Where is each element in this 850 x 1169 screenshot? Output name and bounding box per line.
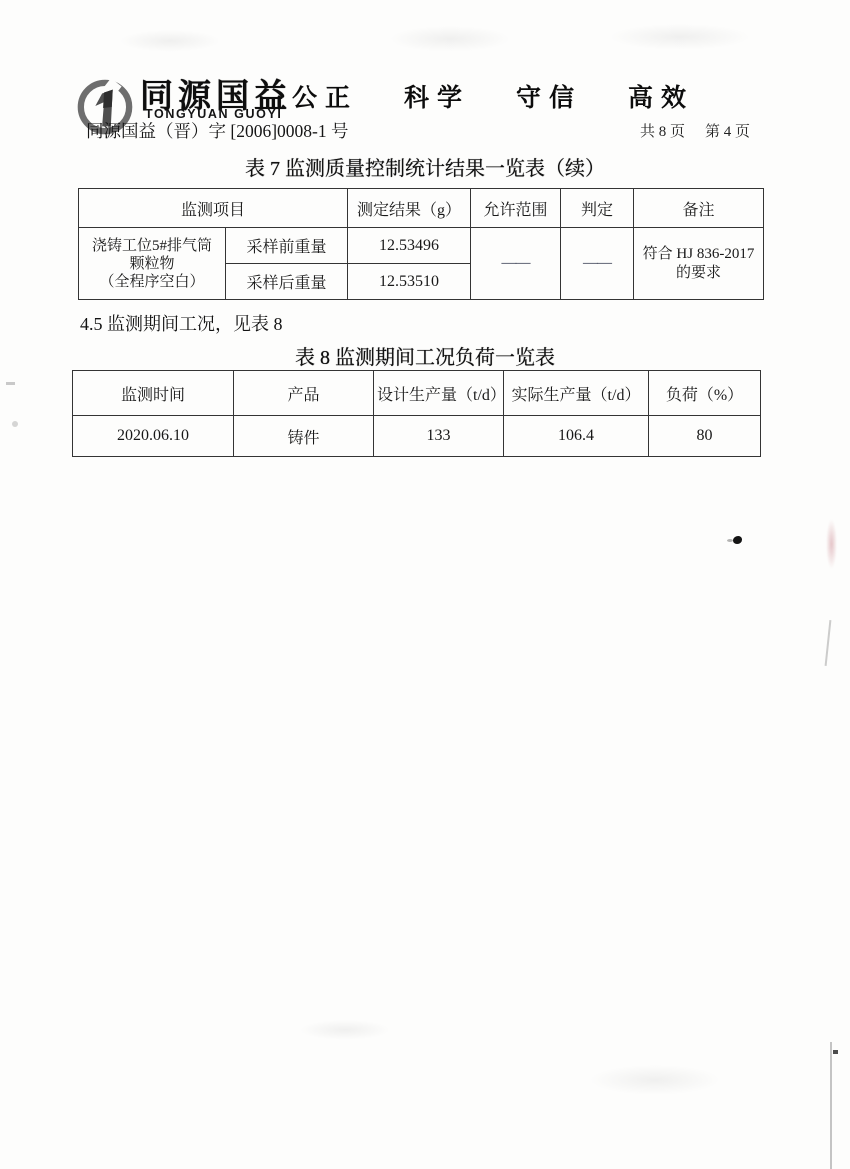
- actual-output-cell: 106.4: [504, 416, 649, 457]
- scan-smudge: [390, 26, 510, 52]
- table8-header-actual: 实际生产量（t/d）: [504, 371, 649, 416]
- table7-header-remark: 备注: [634, 189, 764, 228]
- slogan-word: 高效: [628, 78, 694, 114]
- slogan-word: 科学: [404, 78, 470, 114]
- scan-smudge: [300, 1020, 390, 1040]
- red-bleedthrough-artifact: [826, 519, 837, 569]
- scan-edge-line: [830, 1042, 832, 1169]
- table8-header-design: 设计生产量（t/d）: [374, 371, 504, 416]
- item-line: （全程序空白）: [80, 273, 224, 291]
- monitoring-item-cell: 浇铸工位5#排气筒 颗粒物 （全程序空白）: [79, 228, 226, 300]
- table7-header-row: 监测项目 测定结果（g） 允许范围 判定 备注: [79, 189, 764, 228]
- scan-speck: [6, 382, 15, 385]
- load-cell: 80: [649, 416, 761, 457]
- table7-header-item: 监测项目: [79, 189, 348, 228]
- table7: 监测项目 测定结果（g） 允许范围 判定 备注 浇铸工位5#排气筒 颗粒物 （全…: [78, 188, 764, 300]
- table-row: 浇铸工位5#排气筒 颗粒物 （全程序空白） 采样前重量 12.53496 —— …: [79, 228, 764, 264]
- monitor-date-cell: 2020.06.10: [73, 416, 234, 457]
- ink-dot-artifact: [733, 536, 742, 544]
- product-cell: 铸件: [234, 416, 374, 457]
- table8-title: 表 8 监测期间工况负荷一览表: [0, 341, 850, 370]
- scan-edge-speck: [833, 1050, 838, 1054]
- document-number: 同源国益（晋）字 [2006]0008-1 号: [86, 118, 348, 143]
- slogan-word: 公正: [292, 78, 358, 114]
- table8: 监测时间 产品 设计生产量（t/d） 实际生产量（t/d） 负荷（%） 2020…: [72, 370, 761, 457]
- table8-header-time: 监测时间: [73, 371, 234, 416]
- table-row: 2020.06.10 铸件 133 106.4 80: [73, 416, 761, 457]
- scan-smudge: [590, 1065, 720, 1095]
- table7-header-range: 允许范围: [471, 189, 561, 228]
- pencil-mark-artifact: [825, 620, 832, 666]
- allowed-range-cell: ——: [471, 228, 561, 300]
- item-line: 浇铸工位5#排气筒: [80, 237, 224, 255]
- page-indicator: 共 8 页 第 4 页: [640, 120, 750, 141]
- item-line: 颗粒物: [80, 255, 224, 273]
- scan-smudge: [610, 24, 750, 50]
- scan-smudge: [120, 30, 220, 52]
- table8-header-load: 负荷（%）: [649, 371, 761, 416]
- sample-label-cell: 采样后重量: [226, 264, 348, 300]
- company-slogan: 公正 科学 守信 高效: [292, 78, 694, 114]
- table7-title: 表 7 监测质量控制统计结果一览表（续）: [0, 152, 850, 181]
- design-output-cell: 133: [374, 416, 504, 457]
- section-heading: 4.5 监测期间工况，见表 8: [80, 310, 283, 336]
- slogan-word: 守信: [516, 78, 582, 114]
- judgement-cell: ——: [561, 228, 634, 300]
- sample-value-cell: 12.53510: [348, 264, 471, 300]
- remark-cell: 符合 HJ 836-2017 的要求: [634, 228, 764, 300]
- scan-speck: [12, 421, 18, 427]
- ink-smear-artifact: [727, 539, 733, 542]
- page-current: 第 4 页: [705, 120, 750, 141]
- scanned-document-page: 同源国益 TONGYUAN GUOYI 公正 科学 守信 高效 同源国益（晋）字…: [0, 0, 850, 1169]
- sample-label-cell: 采样前重量: [226, 228, 348, 264]
- table8-header-product: 产品: [234, 371, 374, 416]
- table7-header-judge: 判定: [561, 189, 634, 228]
- table7-header-result: 测定结果（g）: [348, 189, 471, 228]
- table8-header-row: 监测时间 产品 设计生产量（t/d） 实际生产量（t/d） 负荷（%）: [73, 371, 761, 416]
- sample-value-cell: 12.53496: [348, 228, 471, 264]
- page-total: 共 8 页: [640, 120, 685, 141]
